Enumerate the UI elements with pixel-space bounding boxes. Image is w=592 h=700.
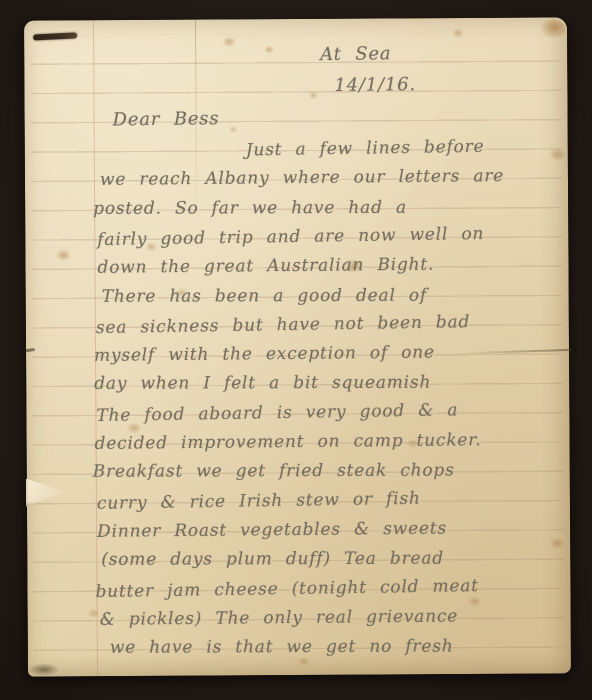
letter-salutation: Dear Bess [112,108,219,130]
letter-line: day when I felt a bit squeamish [94,373,431,394]
letter-line: decided improvement on camp tucker. [94,430,481,454]
letter-line: posted. So far we have had a [93,197,407,218]
letter-line: down the great Australian Bight. [97,255,434,278]
letter-place: At Sea [320,43,391,65]
letter-line: Breakfast we get fried steak chops [93,461,455,482]
letter-line: Dinner Roast vegetables & sweets [97,518,447,541]
letter-line: There has been a good deal of [102,285,427,306]
corner-stain [539,19,565,39]
letter-body: Just a few lines beforewe reach Albany w… [24,17,567,20]
letter-line: myself with the exception of one [94,343,435,366]
letter-page: At Sea 14/1/16. Dear Bess Just a few lin… [24,17,571,676]
corner-shadow [29,663,59,675]
letter-date: 14/1/16. [334,74,416,96]
letter-line: & pickles) The only real grievance [100,606,459,629]
letter-line: Just a few lines before [246,137,485,161]
letter-line: we reach Albany where our letters are [100,166,504,190]
letter-line: we have is that we get no fresh [110,637,454,658]
letter-line: (some days plum duff) Tea bread [101,549,444,570]
